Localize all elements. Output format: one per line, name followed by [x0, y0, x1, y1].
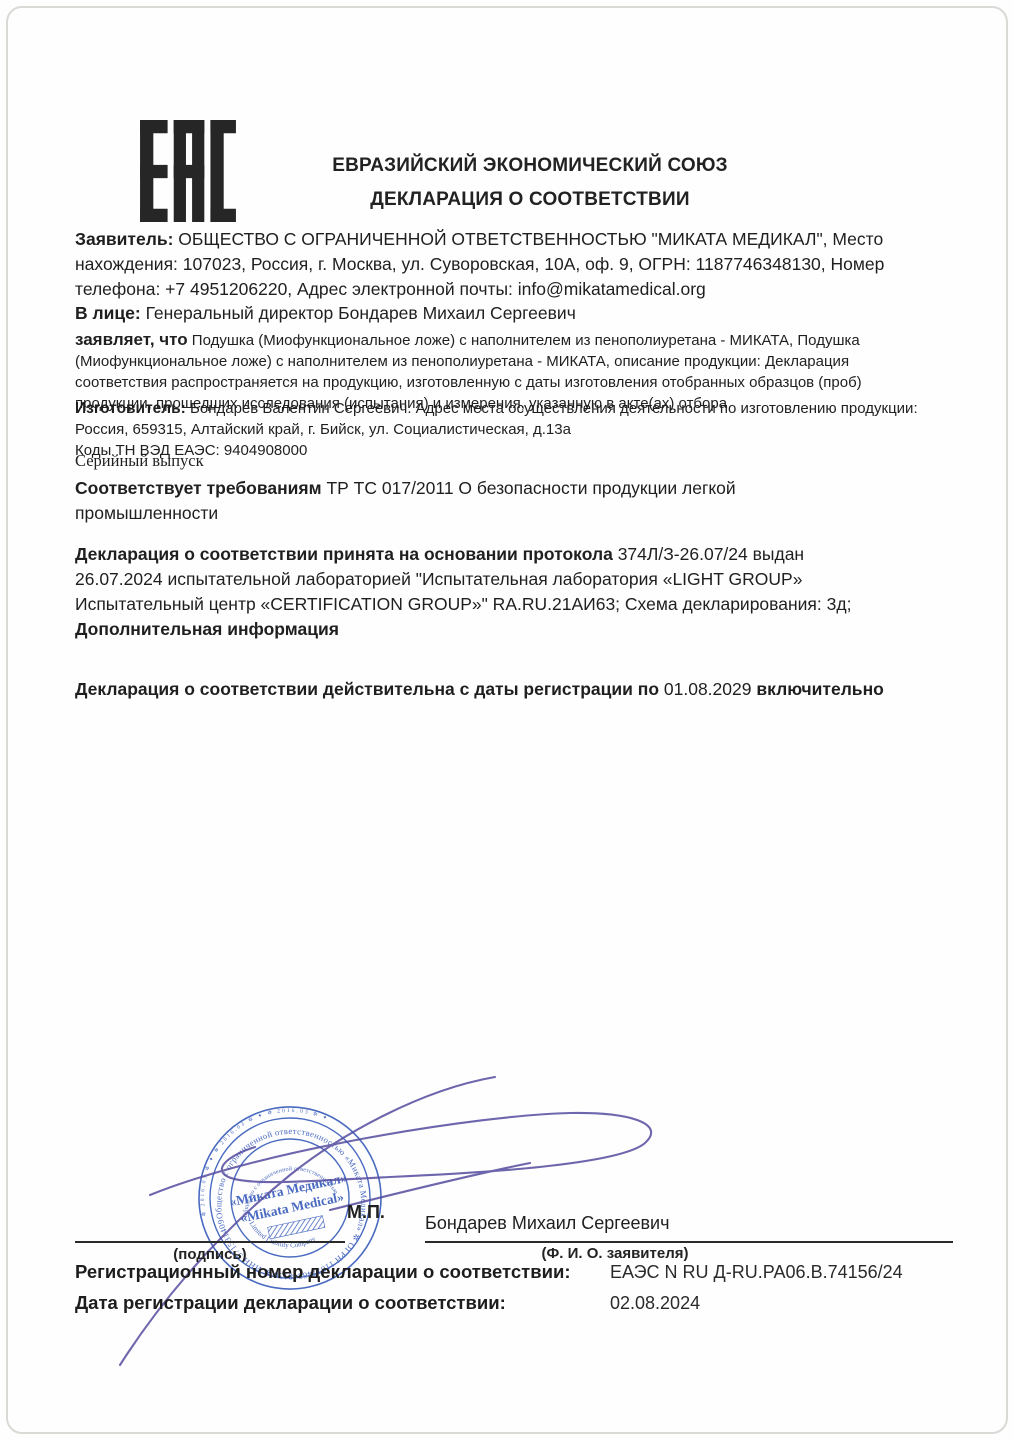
registration-number-label: Регистрационный номер декларации о соотв… [75, 1261, 571, 1283]
applicant-paragraph: Заявитель: ОБЩЕСТВО С ОГРАНИЧЕННОЙ ОТВЕТ… [75, 227, 947, 302]
declares-line: (Миофункциональное ложе) с наполнителем … [75, 351, 955, 372]
stamp-hatch-band [268, 1216, 325, 1239]
fio-caption: (Ф. И. О. заявителя) [425, 1245, 805, 1262]
fio-line [425, 1241, 953, 1243]
signer-name: Бондарев Михаил Сергеевич [425, 1213, 670, 1234]
manufacturer-line: Россия, 659315, Алтайский край, г. Бийск… [75, 419, 955, 440]
serial-issue-line: Серийный выпуск [75, 451, 204, 471]
signature-line [75, 1241, 345, 1243]
registration-date-value: 02.08.2024 [610, 1293, 700, 1314]
basis-line: Декларация о соответствии принята на осн… [75, 542, 947, 567]
validity-line: Декларация о соответствии действительна … [75, 677, 947, 702]
complies-line: промышленности [75, 501, 947, 526]
document-title: ДЕКЛАРАЦИЯ О СООТВЕТСТВИИ [130, 189, 930, 211]
mp-label: М.П. [347, 1202, 385, 1223]
complies-line: Соответствует требованиям ТР ТС 017/2011… [75, 476, 947, 501]
applicant-line: нахождения: 107023, Россия, г. Москва, у… [75, 252, 947, 277]
registration-date-label: Дата регистрации декларации о соответств… [75, 1292, 506, 1314]
basis-line: Испытательный центр «CERTIFICATION GROUP… [75, 592, 947, 617]
manufacturer-line: Изготовитель: Бондарев Валентин Сергееви… [75, 398, 955, 419]
applicant-line: Заявитель: ОБЩЕСТВО С ОГРАНИЧЕННОЙ ОТВЕТ… [75, 227, 947, 252]
declares-line: заявляет, что Подушка (Миофункциональное… [75, 329, 955, 351]
union-title: ЕВРАЗИЙСКИЙ ЭКОНОМИЧЕСКИЙ СОЮЗ [130, 155, 930, 177]
complies-paragraph: Соответствует требованиям ТР ТС 017/2011… [75, 476, 947, 526]
applicant-line: телефона: +7 4951206220, Адрес электронн… [75, 277, 947, 302]
registration-number-value: ЕАЭС N RU Д-RU.РА06.В.74156/24 [610, 1262, 903, 1283]
tnved-code-line: Коды ТН ВЭД ЕАЭС: 9404908000 [75, 440, 955, 461]
basis-line: 26.07.2024 испытательной лабораторией "И… [75, 567, 947, 592]
declares-line: соответствия распространяется на продукц… [75, 372, 955, 393]
in-person-line: В лице: Генеральный директор Бондарев Ми… [75, 301, 947, 326]
basis-paragraph: Декларация о соответствии принята на осн… [75, 542, 947, 642]
manufacturer-paragraph: Изготовитель: Бондарев Валентин Сергееви… [75, 398, 955, 461]
declaration-document: ЕВРАЗИЙСКИЙ ЭКОНОМИЧЕСКИЙ СОЮЗ ДЕКЛАРАЦИ… [0, 0, 1014, 1440]
additional-info-label: Дополнительная информация [75, 617, 947, 642]
